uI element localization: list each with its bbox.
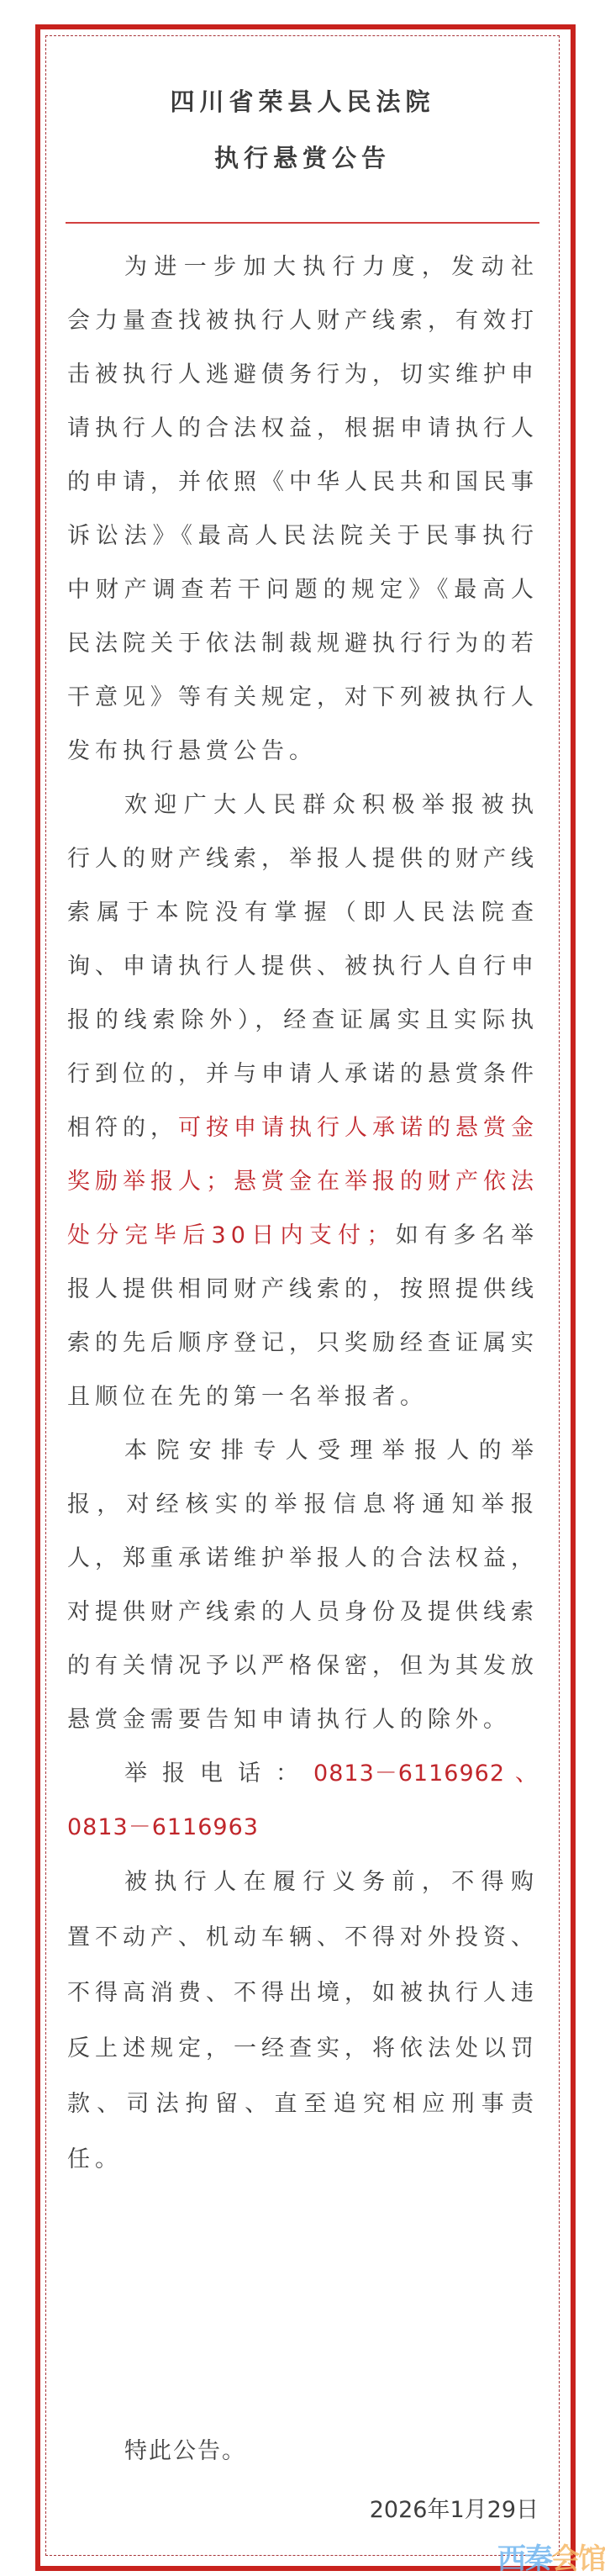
phone-label: 举报电话： bbox=[124, 1760, 313, 1787]
watermark-part2: 会馆 bbox=[551, 2542, 605, 2576]
title-divider bbox=[66, 222, 539, 224]
paragraph-purpose: 为进一步加大执行力度，发动社会力量查找被执行人财产线索，有效打击被执行人逃避债务… bbox=[67, 240, 539, 779]
watermark-logo: 西秦会馆 bbox=[497, 2542, 605, 2576]
watermark-part1: 西秦 bbox=[497, 2542, 551, 2576]
notice-date: 2026年1月29日 bbox=[370, 2494, 539, 2527]
reward-text-after: 如有多名举报人提供相同财产线索的，按照提供线索的先后顺序登记，只奖励经查证属实且… bbox=[67, 1222, 539, 1410]
closing-statement: 特此公告。 bbox=[124, 2435, 246, 2468]
paragraph-restrictions: 被执行人在履行义务前，不得购置不动产、机动车辆、不得对外投资、不得高消费、不得出… bbox=[67, 1855, 539, 2188]
paragraph-phone: 举报电话：0813－6116962、0813－6116963 bbox=[67, 1747, 539, 1855]
reward-text-before: 欢迎广大人民群众积极举报被执行人的财产线索，举报人提供的财产线索属于本院没有掌握… bbox=[67, 792, 539, 1141]
paragraph-reward: 欢迎广大人民群众积极举报被执行人的财产线索，举报人提供的财产线索属于本院没有掌握… bbox=[67, 779, 539, 1424]
notice-body: 为进一步加大执行力度，发动社会力量查找被执行人财产线索，有效打击被执行人逃避债务… bbox=[67, 240, 539, 2188]
paragraph-confidentiality: 本院安排专人受理举报人的举报，对经核实的举报信息将通知举报人，郑重承诺维护举报人… bbox=[67, 1424, 539, 1747]
court-name-title: 四川省荣县人民法院 bbox=[0, 85, 605, 119]
notice-title: 执行悬赏公告 bbox=[0, 141, 605, 175]
